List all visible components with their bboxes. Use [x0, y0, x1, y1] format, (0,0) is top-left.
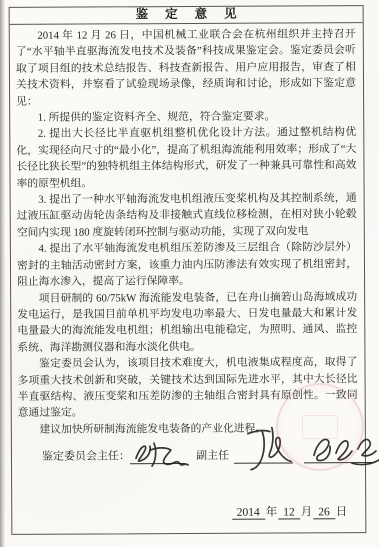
document-title: 鉴定意见 — [10, 6, 363, 25]
red-seal-stamp-center — [302, 415, 338, 439]
date-month-unit: 月 — [300, 506, 314, 518]
document-body: 2014 年 12 月 26 日，中国机械工业联合会在杭州组织并主持召开了“水平… — [10, 23, 365, 438]
red-seal-stamp — [276, 383, 364, 471]
date-day-unit: 日 — [335, 506, 349, 518]
date-month: 12 — [278, 506, 300, 519]
scanned-document-page: 鉴定意见 2014 年 12 月 26 日，中国机械工业联合会在杭州组织并主持召… — [0, 0, 379, 547]
date-year: 2014 — [232, 507, 265, 520]
chairman-signature — [130, 438, 192, 472]
paragraph-item-3: 3. 提出了一种水平轴海流发电机组液压变桨机构及其控制系统，通过液压缸驱动齿轮齿… — [17, 190, 357, 241]
chairman-signature-line — [130, 445, 185, 464]
paragraph-item-1: 1. 所提供的鉴定资料齐全、规范，符合鉴定要求。 — [16, 108, 356, 126]
scan-edge-shadow — [0, 0, 5, 547]
date-day: 26 — [313, 506, 335, 519]
vice-chairman-label: 副主任 — [196, 448, 229, 464]
date-year-unit: 年 — [265, 507, 279, 519]
paragraph-item-4: 4. 提出了水平轴海流发电机组压差防渗及三层组合（除防沙层外）密封的主轴活动密封… — [17, 239, 357, 290]
paragraph-item-2: 2. 提出大长径比半直驱机组整机优化设计方法。通过整机结构优化，实现径向尺寸的“… — [16, 125, 356, 192]
chairman-label: 鉴定委员会主任： — [42, 448, 130, 464]
paragraph-intro: 2014 年 12 月 26 日，中国机械工业联合会在杭州组织并主持召开了“水平… — [16, 26, 356, 110]
paragraph-project-results: 项目研制的 60/75kW 海流能发电装备，已在舟山摘箬山岛海域成功发电运行，是… — [17, 289, 357, 356]
date-row: 2014年12月26日 — [232, 503, 349, 520]
